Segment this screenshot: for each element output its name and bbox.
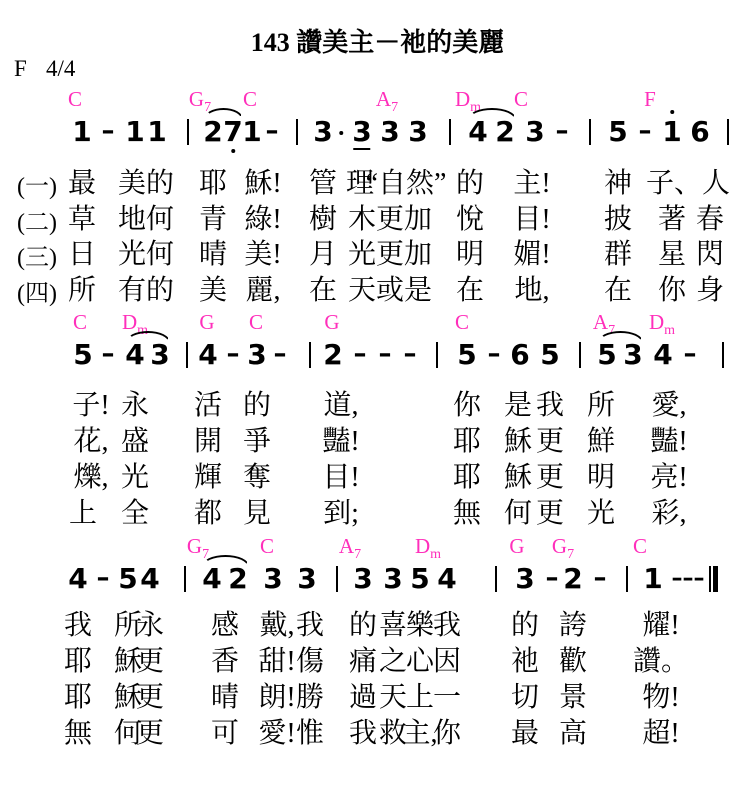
lyric-cell: 我 — [536, 390, 564, 422]
lyric-cell: 上 — [69, 498, 97, 530]
note-number: 3 — [353, 565, 372, 593]
note-number: 3 — [525, 118, 544, 146]
lyric-cell: 之 — [379, 646, 407, 678]
lyric-cell: 傷 — [296, 646, 324, 678]
chord-label: C — [455, 311, 469, 333]
verse-number: (四) — [17, 278, 57, 310]
lyric-cell: 甜! — [258, 646, 295, 678]
lyric-cell: 祂 — [511, 646, 539, 678]
chord-label: G7 — [187, 535, 209, 562]
note-number: 5 — [597, 341, 616, 369]
chord-label: C — [249, 311, 263, 333]
lyric-cell: 豔! — [650, 426, 687, 458]
duration-dash: – — [556, 118, 569, 144]
duration-dash: – — [683, 568, 694, 590]
lyric-cell: 悅 — [456, 204, 484, 236]
lyric-line: 我所永感戴,我的喜樂我的誇耀! — [0, 610, 755, 644]
chord-subscript: 7 — [391, 100, 398, 115]
duration-dash: – — [266, 118, 279, 144]
lyric-cell: 耶 — [453, 426, 481, 458]
hymn-title: 143 讚美主－祂的美麗 — [0, 28, 755, 58]
barline — [184, 566, 186, 592]
lyric-cell: 惟 — [296, 718, 324, 750]
lyric-cell: 穌 — [504, 426, 532, 458]
note-number: 4 — [68, 565, 87, 593]
lyric-cell: 麗, — [245, 275, 280, 307]
lyric-line: 子!永活的道,你是我所愛, — [0, 390, 755, 424]
lyric-cell: 讚。 — [633, 646, 689, 678]
octave-dot-low — [231, 149, 235, 153]
barline — [436, 342, 438, 368]
note-number: 6 — [510, 341, 529, 369]
lyric-cell: 子、人 — [646, 168, 730, 200]
lyric-cell: 穌 — [504, 462, 532, 494]
lyric-cell: 所 — [587, 390, 615, 422]
chord-label: C — [260, 535, 274, 557]
barline — [722, 342, 724, 368]
verse-number: (二) — [17, 207, 57, 239]
barline — [309, 342, 311, 368]
lyric-cell: 草 — [68, 204, 96, 236]
lyric-cell: 爍, — [73, 462, 108, 494]
lyric-cell: 月 — [309, 239, 337, 271]
lyric-cell: 喜 — [379, 610, 407, 642]
lyric-cell: 更 — [136, 682, 164, 714]
lyric-cell: 更加 — [376, 204, 432, 236]
note-number: 7 — [223, 118, 242, 146]
lyric-cell: 群 — [604, 239, 632, 271]
chord-label: G — [324, 311, 339, 333]
lyric-cell: 爭 — [243, 426, 271, 458]
lyric-cell: 天 — [348, 275, 376, 307]
lyric-cell: 誇 — [559, 610, 587, 642]
music-system-2: CDmGCGCA7Dm5–434–3–2–––5–65534– — [0, 311, 755, 383]
duration-dash: – — [379, 341, 392, 367]
augmentation-dot — [340, 131, 344, 135]
lyric-cell: 勝 — [296, 682, 324, 714]
note-number: 2 — [495, 118, 514, 146]
hymn-sheet: 143 讚美主－祂的美麗 F 4/4 CG7CA7DmCF1–11271–333… — [0, 0, 755, 802]
lyric-cell: 目! — [322, 462, 359, 494]
lyric-cell: 切 — [511, 682, 539, 714]
chord-subscript: m — [430, 547, 441, 562]
note-number: 1 — [662, 118, 681, 146]
lyric-cell: 上 — [406, 682, 434, 714]
lyric-cell: 是 — [504, 390, 532, 422]
lyric-cell: 子! — [72, 390, 109, 422]
lyric-cell: “自然” — [366, 168, 447, 200]
chord-subscript: 7 — [567, 547, 574, 562]
key-signature: F — [14, 56, 27, 82]
lyric-cell: 媚! — [513, 239, 550, 271]
duration-dash: – — [488, 341, 501, 367]
lyric-cell: 香 — [211, 646, 239, 678]
barline — [186, 342, 188, 368]
chord-label: C — [243, 88, 257, 110]
music-system-1: CG7CA7DmCF1–11271–3333423–5–16 — [0, 88, 755, 160]
duration-dash: – — [546, 565, 559, 591]
barline — [495, 566, 497, 592]
chord-label: A7 — [339, 535, 361, 562]
note-number: 4 — [125, 341, 144, 369]
note-number: 2 — [563, 565, 582, 593]
chord-label: G — [199, 311, 214, 333]
lyric-cell: 道, — [323, 390, 358, 422]
lyric-cell: 美! — [244, 239, 281, 271]
lyric-cell: 我 — [349, 718, 377, 750]
note-number: 4 — [198, 341, 217, 369]
lyric-cell: 光 — [348, 239, 376, 271]
lyric-cell: 光 — [121, 462, 149, 494]
chord-label: G7 — [552, 535, 574, 562]
lyric-cell: 活 — [194, 390, 222, 422]
lyric-cell: 明 — [456, 239, 484, 271]
lyric-line: 花,盛開爭豔!耶穌更鮮豔! — [0, 426, 755, 460]
lyric-cell: 木 — [348, 204, 376, 236]
lyric-cell: 一 — [433, 682, 461, 714]
chord-label: Dm — [415, 535, 441, 562]
barline — [187, 119, 189, 145]
duration-dash: – — [354, 341, 367, 367]
lyric-cell: 無 — [64, 718, 92, 750]
lyric-line: 耶穌更香甜!傷痛之心因祂歡讚。 — [0, 646, 755, 680]
note-number: 5 — [540, 341, 559, 369]
lyric-line: (四)所有的美麗,在天或是在地,在你身 — [0, 275, 755, 309]
lyric-cell: 更 — [536, 426, 564, 458]
lyric-cell: 光何 — [118, 239, 174, 271]
note-number: 2 — [203, 118, 222, 146]
lyric-cell: 在 — [604, 275, 632, 307]
note-number: 1 — [125, 118, 144, 146]
duration-dash: – — [274, 341, 287, 367]
lyric-cell: 目! — [513, 204, 550, 236]
lyric-cell: 輝 — [194, 462, 222, 494]
chord-subscript: m — [664, 323, 675, 338]
note-number: 1 — [147, 118, 166, 146]
lyric-cell: 鮮 — [587, 426, 615, 458]
barline — [336, 566, 338, 592]
lyric-cell: 你 — [658, 275, 686, 307]
lyric-cell: 盛 — [121, 426, 149, 458]
lyric-cell: 更 — [536, 462, 564, 494]
lyric-cell: 豔! — [322, 426, 359, 458]
chord-subscript: 7 — [354, 547, 361, 562]
lyric-cell: 都 — [194, 498, 222, 530]
barline — [449, 119, 451, 145]
lyric-cell: 景 — [559, 682, 587, 714]
lyric-cell: 美 — [199, 275, 227, 307]
lyric-cell: 所 — [68, 275, 96, 307]
barline — [626, 566, 628, 592]
lyric-cell: 耶 — [453, 462, 481, 494]
lyric-cell: 戴, — [259, 610, 294, 642]
chord-label: Dm — [649, 311, 675, 338]
lyric-cell: 春 — [696, 204, 724, 236]
note-number: 4 — [653, 341, 672, 369]
note-number: 3 — [150, 341, 169, 369]
duration-dash: – — [102, 118, 115, 144]
lyric-cell: 花, — [73, 426, 108, 458]
lyric-cell: 在 — [309, 275, 337, 307]
lyric-cell: 晴 — [211, 682, 239, 714]
lyric-cell: 樂 — [406, 610, 434, 642]
note-number: 3 — [623, 341, 642, 369]
duration-dash: – — [97, 565, 110, 591]
lyric-cell: 的 — [511, 610, 539, 642]
lyric-cell: 地, — [514, 275, 549, 307]
lyric-cell: 的 — [349, 610, 377, 642]
lyric-line: (一)最美的耶穌!管理“自然”的主!神子、人 — [0, 168, 755, 202]
chord-label: F — [644, 88, 656, 110]
lyric-cell: 美的 — [118, 168, 174, 200]
lyric-cell: 最 — [511, 718, 539, 750]
lyric-cell: 朗! — [258, 682, 295, 714]
barline — [727, 119, 729, 145]
note-number: 1 — [643, 565, 662, 593]
note-number: 1 — [242, 118, 261, 146]
lyric-cell: 更加 — [376, 239, 432, 271]
lyric-cell: 披 — [604, 204, 632, 236]
duration-dash: – — [404, 341, 417, 367]
lyric-cell: 天 — [379, 682, 407, 714]
lyric-cell: 彩, — [651, 498, 686, 530]
lyric-cell: 何 — [504, 498, 532, 530]
lyric-cell: 更 — [536, 498, 564, 530]
lyric-line: (二)草地何青綠!樹木更加悅目!披著春 — [0, 204, 755, 238]
lyric-cell: 晴 — [199, 239, 227, 271]
lyric-cell: 綠! — [244, 204, 281, 236]
lyric-cell: 因 — [433, 646, 461, 678]
lyric-cell: 閃 — [696, 239, 724, 271]
lyric-cell: 我 — [64, 610, 92, 642]
lyric-cell: 超! — [642, 718, 679, 750]
lyric-cell: 星 — [658, 239, 686, 271]
lyric-cell: 全 — [121, 498, 149, 530]
octave-dot-high — [670, 110, 674, 114]
lyric-cell: 心 — [406, 646, 434, 678]
note-number: 5 — [410, 565, 429, 593]
lyric-cell: 耀! — [642, 610, 679, 642]
lyric-cell: 有的 — [118, 275, 174, 307]
note-number: 5 — [457, 341, 476, 369]
barline — [579, 342, 581, 368]
lyric-line: 爍,光輝奪目!耶穌更明亮! — [0, 462, 755, 496]
lyric-cell: 耶 — [199, 168, 227, 200]
lyric-cell: 光 — [587, 498, 615, 530]
note-number: 3 — [408, 118, 427, 146]
note-number: 3 — [352, 118, 371, 146]
note-number: 6 — [690, 118, 709, 146]
lyric-cell: 神 — [604, 168, 632, 200]
chord-label: C — [68, 88, 82, 110]
lyric-cell: 痛 — [349, 646, 377, 678]
eighth-note-beam — [353, 148, 370, 150]
duration-dash: – — [594, 565, 607, 591]
duration-dash: – — [672, 568, 683, 590]
note-number: 5 — [118, 565, 137, 593]
lyric-cell: 你 — [433, 718, 461, 750]
lyric-cell: 永 — [121, 390, 149, 422]
lyric-cell: 物! — [642, 682, 679, 714]
lyric-cell: 耶 — [64, 646, 92, 678]
lyric-cell: 永 — [136, 610, 164, 642]
lyric-cell: 最 — [68, 168, 96, 200]
chord-label: G — [509, 535, 524, 557]
lyric-cell: 過 — [349, 682, 377, 714]
note-number: 3 — [247, 341, 266, 369]
verse-number: (三) — [17, 242, 57, 274]
duration-dash: – — [227, 341, 240, 367]
lyric-cell: 開 — [194, 426, 222, 458]
lyric-cell: 在 — [456, 275, 484, 307]
lyric-cell: 的 — [243, 390, 271, 422]
lyric-cell: 穌! — [244, 168, 281, 200]
final-barline — [709, 566, 718, 592]
note-number: 5 — [73, 341, 92, 369]
lyric-cell: 青 — [199, 204, 227, 236]
lyric-cell: 亮! — [650, 462, 687, 494]
lyric-cell: 著 — [658, 204, 686, 236]
lyric-cell: 的 — [456, 168, 484, 200]
lyric-cell: 感 — [211, 610, 239, 642]
note-number: 3 — [263, 565, 282, 593]
lyric-cell: 可 — [211, 718, 239, 750]
lyric-cell: 愛! — [258, 718, 295, 750]
note-number: 3 — [313, 118, 332, 146]
chord-label: C — [73, 311, 87, 333]
lyric-line: (三)日光何晴美!月光更加明媚!群星閃 — [0, 239, 755, 273]
lyric-line: 耶穌更晴朗!勝過天上一切景物! — [0, 682, 755, 716]
lyric-line: 上全都見到;無何更光彩, — [0, 498, 755, 532]
lyric-cell: 無 — [453, 498, 481, 530]
note-number: 4 — [468, 118, 487, 146]
chord-label: C — [633, 535, 647, 557]
lyric-cell: 耶 — [64, 682, 92, 714]
lyric-cell: 地何 — [118, 204, 174, 236]
note-number: 4 — [140, 565, 159, 593]
note-number: 3 — [380, 118, 399, 146]
lyric-cell: 到; — [323, 498, 359, 530]
chord-label: A7 — [376, 88, 398, 115]
barline — [296, 119, 298, 145]
duration-dash: – — [639, 118, 652, 144]
note-number: 3 — [515, 565, 534, 593]
duration-dash: – — [684, 341, 697, 367]
lyric-cell: 明 — [587, 462, 615, 494]
lyric-cell: 管 — [309, 168, 337, 200]
time-signature: 4/4 — [46, 56, 75, 82]
note-number: 1 — [72, 118, 91, 146]
lyric-cell: 更 — [136, 718, 164, 750]
note-number: 5 — [608, 118, 627, 146]
lyric-cell: 奪 — [243, 462, 271, 494]
lyric-cell: 樹 — [309, 204, 337, 236]
verse-number: (一) — [17, 171, 57, 203]
lyric-cell: 身 — [696, 275, 724, 307]
barline — [589, 119, 591, 145]
lyric-cell: 你 — [453, 390, 481, 422]
duration-dash: – — [102, 341, 115, 367]
note-number: 4 — [202, 565, 221, 593]
lyric-cell: 我 — [296, 610, 324, 642]
lyric-cell: 愛, — [651, 390, 686, 422]
note-number: 2 — [323, 341, 342, 369]
lyric-cell: 更 — [136, 646, 164, 678]
lyric-cell: 高 — [559, 718, 587, 750]
lyric-cell: 日 — [68, 239, 96, 271]
lyric-cell: 或是 — [376, 275, 432, 307]
note-number: 3 — [383, 565, 402, 593]
duration-dash: – — [694, 568, 705, 590]
lyric-line: 無何更可愛!惟我救主,你最高超! — [0, 718, 755, 752]
note-number: 2 — [228, 565, 247, 593]
chord-label: C — [514, 88, 528, 110]
lyric-cell: 歡 — [559, 646, 587, 678]
note-number: 3 — [297, 565, 316, 593]
music-system-3: G7CA7DmGG7C4–54423333543–2–1––– — [0, 535, 755, 607]
note-number: 4 — [437, 565, 456, 593]
lyric-cell: 主! — [513, 168, 550, 200]
lyric-cell: 我 — [433, 610, 461, 642]
lyric-cell: 見 — [243, 498, 271, 530]
